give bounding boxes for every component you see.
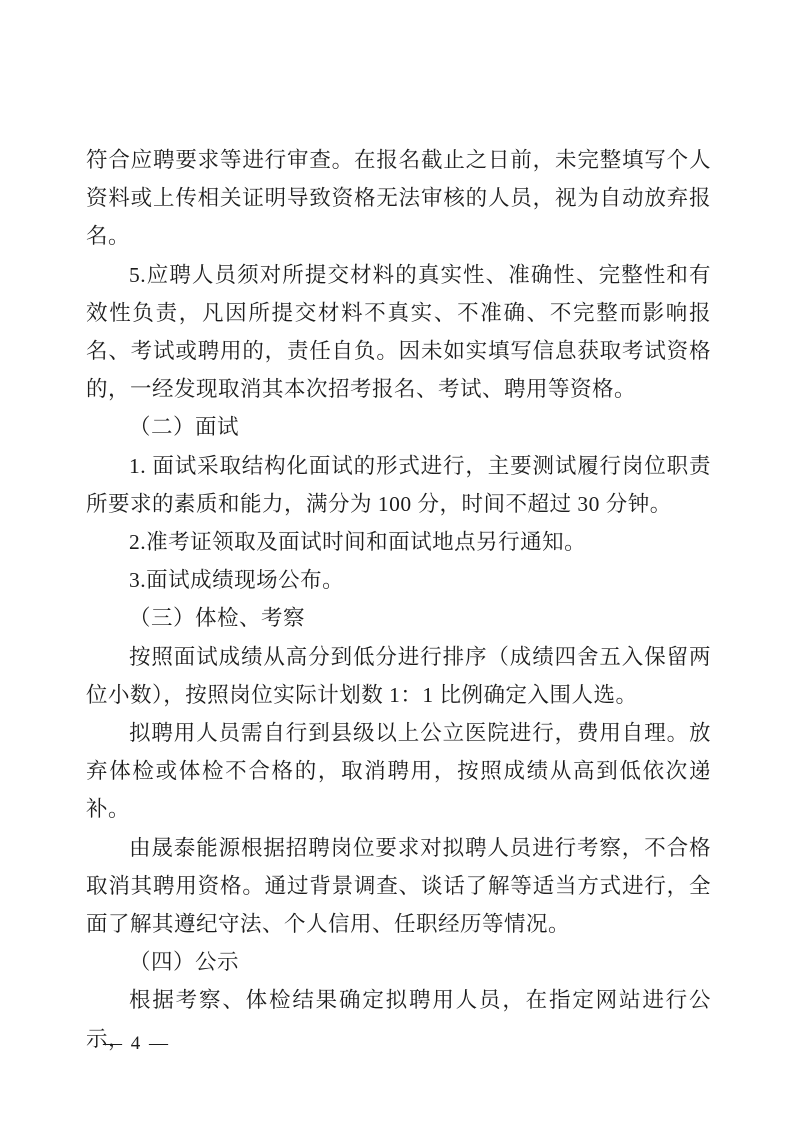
document-body: 符合应聘要求等进行审查。在报名截止之日前，未完整填写个人资料或上传相关证明导致资… xyxy=(86,141,711,1058)
paragraph-interview-1: 1. 面试采取结构化面试的形式进行，主要测试履行岗位职责所要求的素质和能力，满分… xyxy=(86,447,711,523)
page-number: — 4 — xyxy=(103,1033,170,1055)
paragraph-continuation: 符合应聘要求等进行审查。在报名截止之日前，未完整填写个人资料或上传相关证明导致资… xyxy=(86,141,711,256)
paragraph-inspection: 由晟泰能源根据招聘岗位要求对拟聘人员进行考察，不合格取消其聘用资格。通过背景调查… xyxy=(86,829,711,944)
paragraph-public-notice: 根据考察、体检结果确定拟聘用人员，在指定网站进行公示， xyxy=(86,981,711,1057)
section-heading-public-notice: （四）公示 xyxy=(86,943,711,981)
document-page: 符合应聘要求等进行审查。在报名截止之日前，未完整填写个人资料或上传相关证明导致资… xyxy=(0,0,793,1122)
section-heading-physical-exam: （三）体检、考察 xyxy=(86,599,711,637)
section-heading-interview: （二）面试 xyxy=(86,408,711,446)
paragraph-interview-3: 3.面试成绩现场公布。 xyxy=(86,561,711,599)
paragraph-ranking: 按照面试成绩从高分到低分进行排序（成绩四舍五入保留两位小数），按照岗位实际计划数… xyxy=(86,638,711,714)
paragraph-item-5: 5.应聘人员须对所提交材料的真实性、准确性、完整性和有效性负责，凡因所提交材料不… xyxy=(86,256,711,409)
paragraph-hospital: 拟聘用人员需自行到县级以上公立医院进行，费用自理。放弃体检或体检不合格的，取消聘… xyxy=(86,714,711,829)
paragraph-interview-2: 2.准考证领取及面试时间和面试地点另行通知。 xyxy=(86,523,711,561)
